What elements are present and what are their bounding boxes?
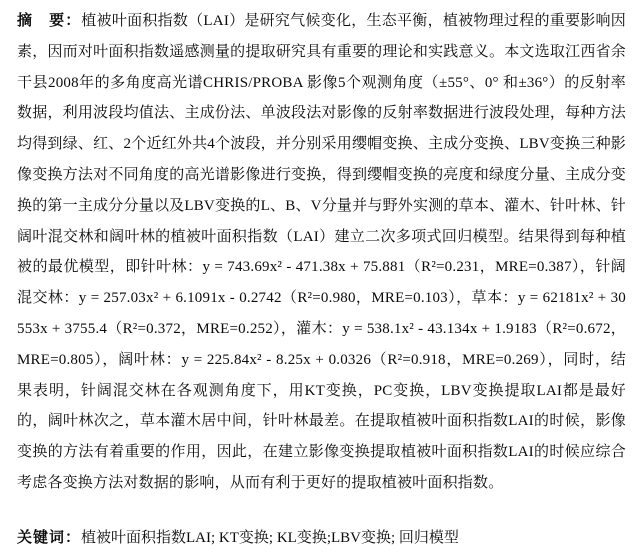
abstract-label: 摘 要： [17,13,81,29]
paper-abstract-page: 摘 要：植被叶面积指数（LAI）是研究气候变化，生态平衡，植被物理过程的重要影响… [0,0,643,558]
keywords-line: 关键词：植被叶面积指数LAI; KT变换; KL变换;LBV变换; 回归模型 [17,527,626,549]
abstract-paragraph: 摘 要：植被叶面积指数（LAI）是研究气候变化，生态平衡，植被物理过程的重要影响… [17,6,626,499]
abstract-text: 植被叶面积指数（LAI）是研究气候变化，生态平衡，植被物理过程的重要影响因素，因… [17,13,626,491]
keywords-text: 植被叶面积指数LAI; KT变换; KL变换;LBV变换; 回归模型 [81,530,459,546]
keywords-label: 关键词： [17,530,81,546]
